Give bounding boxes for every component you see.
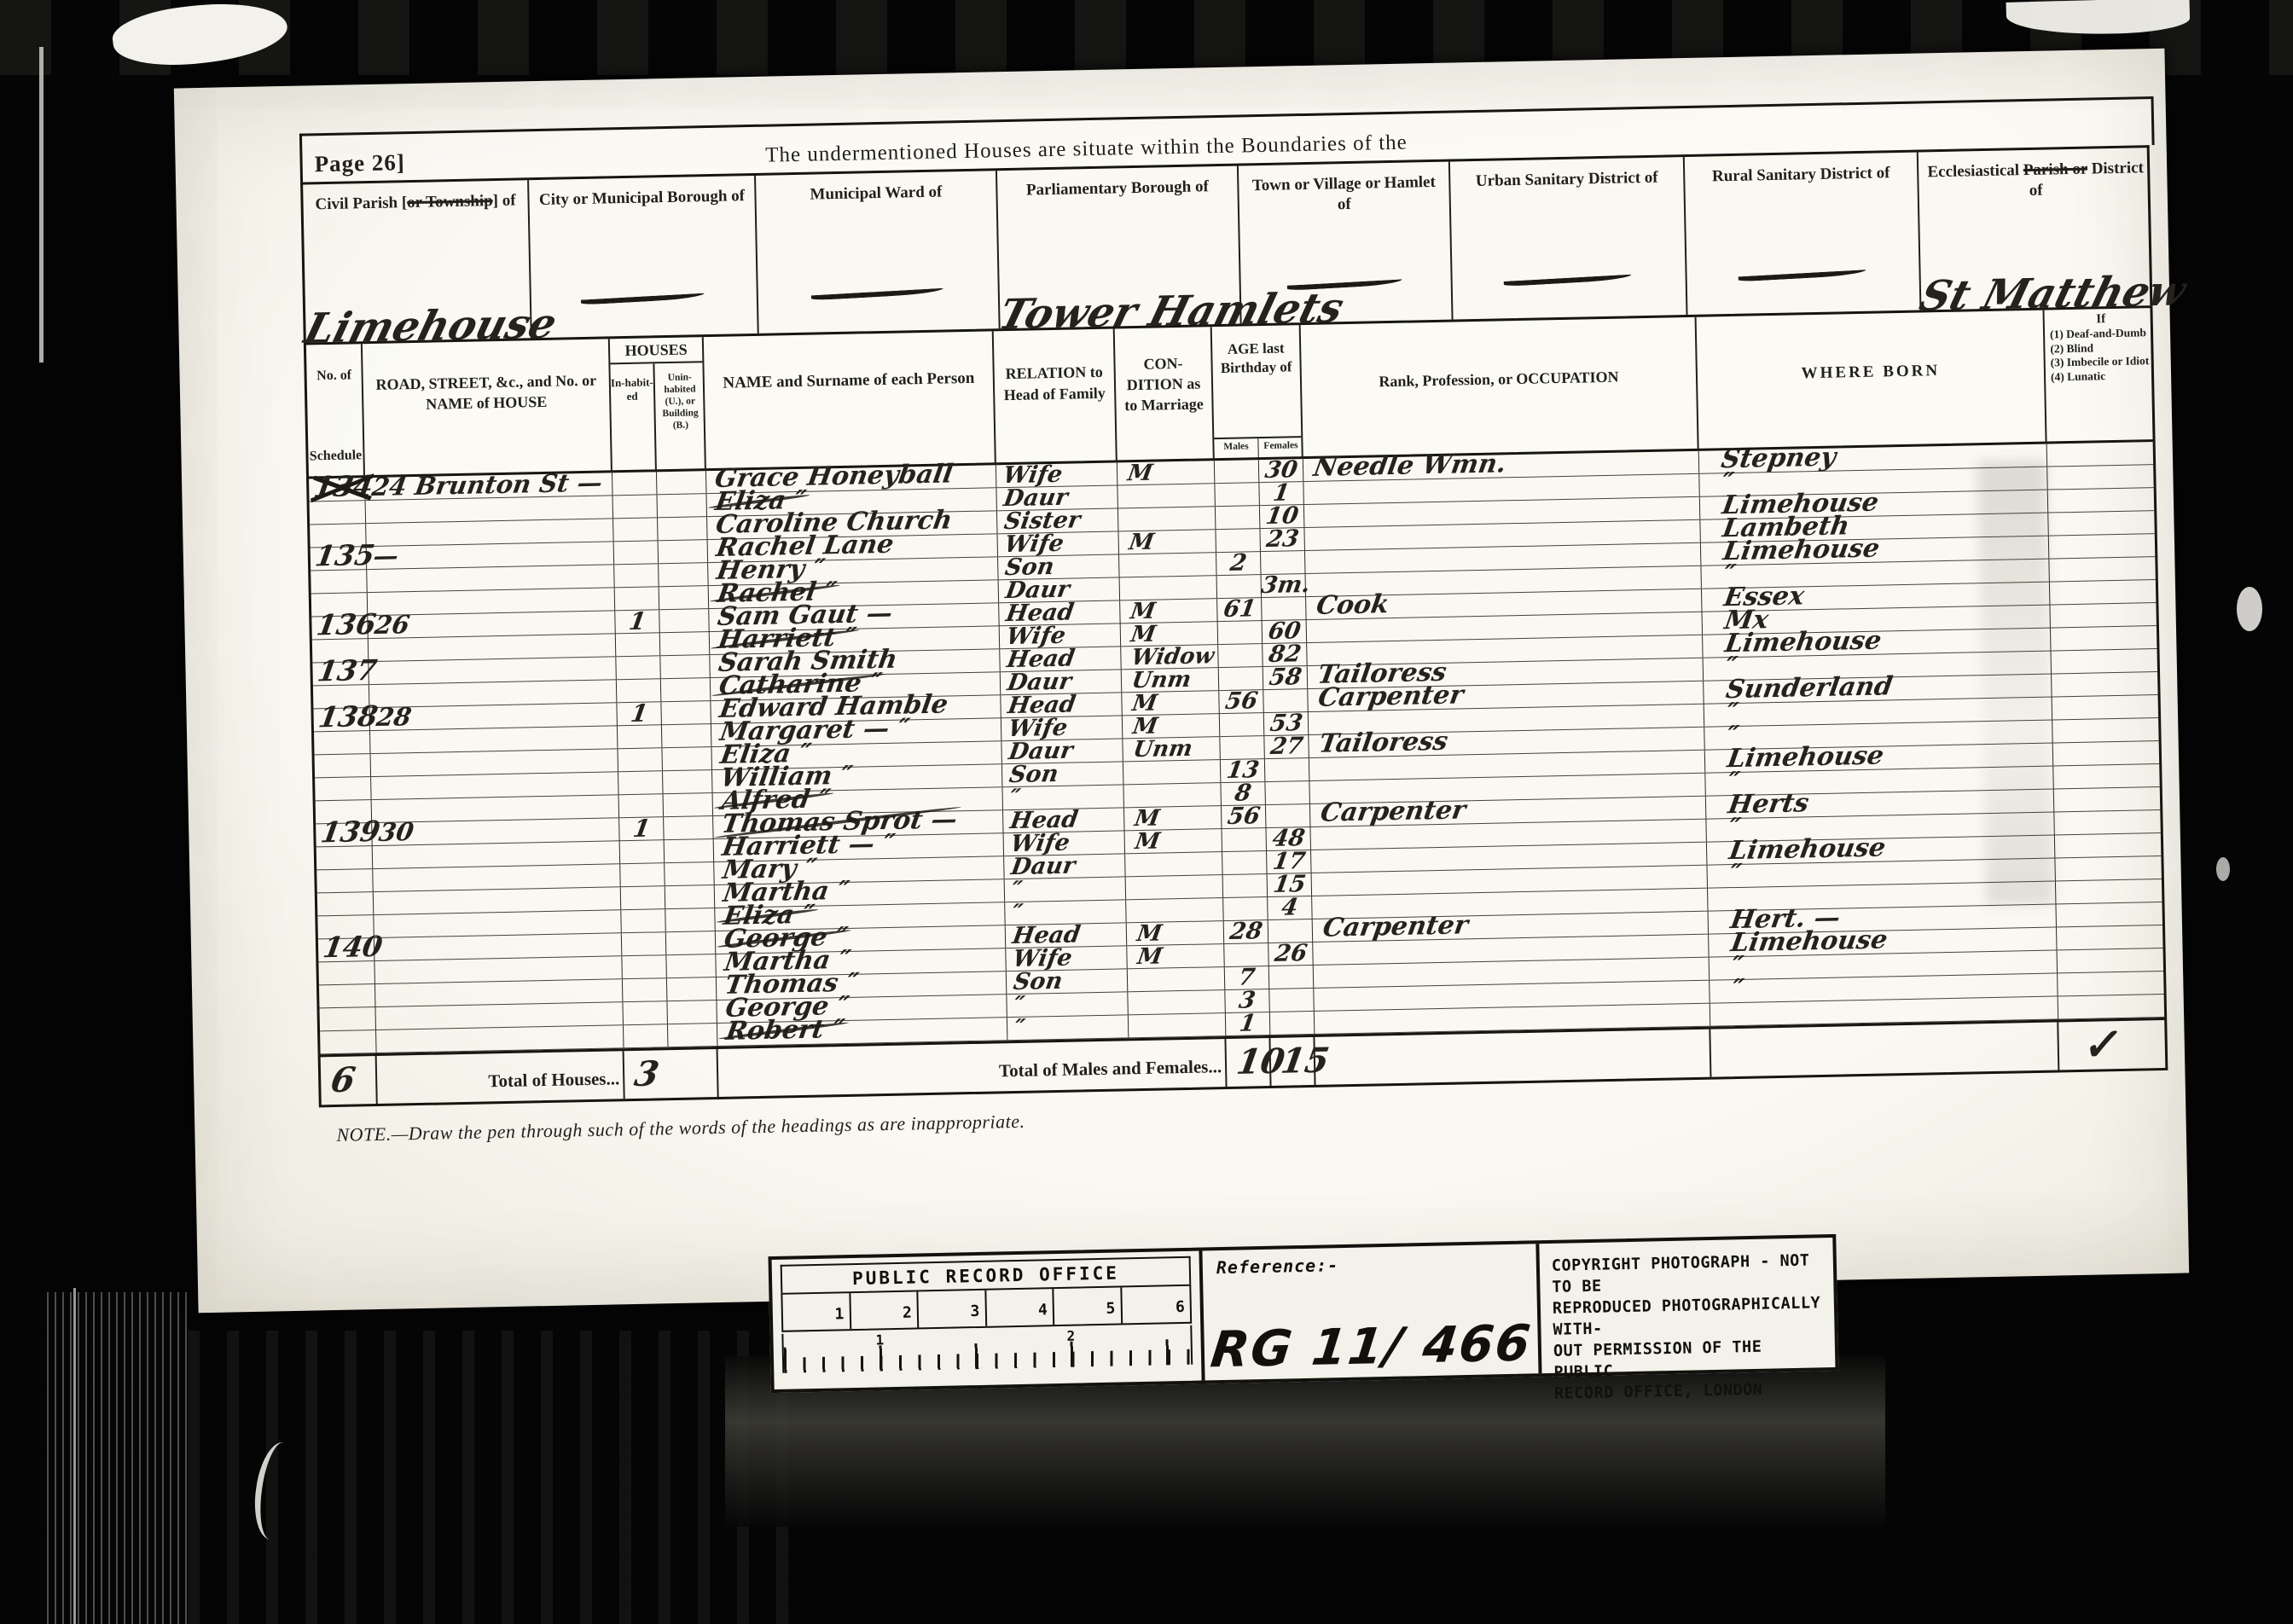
cell-condition bbox=[1126, 875, 1223, 899]
cell-uninhabited bbox=[659, 609, 710, 633]
header-inhabited: In-habit-ed bbox=[610, 363, 656, 471]
cell-inhabited bbox=[620, 863, 665, 886]
cell-age-male bbox=[1218, 644, 1263, 667]
cell-infirmity bbox=[2050, 603, 2158, 628]
scan-light-blob-right-small bbox=[2216, 857, 2230, 881]
district-header-cell: Parliamentary Borough of Tower Hamlets bbox=[997, 166, 1242, 329]
cell-age-female: 23 bbox=[1260, 528, 1305, 551]
cell-age-male bbox=[1223, 897, 1268, 920]
cell-schedule bbox=[310, 501, 367, 524]
cell-inhabited bbox=[622, 932, 667, 955]
scale-segment: 6 bbox=[1122, 1286, 1190, 1324]
handwritten-district-value bbox=[1453, 311, 1686, 316]
cell-infirmity bbox=[2054, 787, 2163, 813]
cell-schedule bbox=[317, 892, 374, 915]
cell-inhabited bbox=[616, 633, 661, 656]
pro-stamp: PUBLIC RECORD OFFICE 123456 1 2 Referenc… bbox=[768, 1234, 1838, 1393]
district-header-cell: Municipal Ward of bbox=[756, 171, 1001, 333]
cell-schedule bbox=[319, 984, 376, 1007]
reference-value: RG 11/ 466 bbox=[1208, 1314, 1535, 1378]
cell-condition: Unm bbox=[1122, 668, 1219, 692]
cell-age-female: 17 bbox=[1267, 850, 1312, 873]
cell-uninhabited bbox=[657, 471, 707, 494]
cell-age-male bbox=[1223, 874, 1268, 897]
cell-inhabited bbox=[613, 495, 659, 518]
handwritten-dash bbox=[811, 288, 943, 300]
header-uninhabited: Unin-habited (U.), or Building (B.) bbox=[654, 362, 705, 470]
cell-age-male: 8 bbox=[1221, 782, 1266, 805]
cell-infirmity bbox=[2052, 672, 2161, 698]
cell-relation: Wife bbox=[998, 531, 1119, 556]
total-males-cell: 10 bbox=[1226, 1038, 1271, 1087]
cell-age-female: 4 bbox=[1268, 896, 1313, 919]
cell-infirmity bbox=[2047, 442, 2156, 467]
cell-schedule bbox=[320, 1030, 377, 1053]
cell-condition bbox=[1125, 852, 1222, 876]
header-road: ROAD, STREET, &c., and No. or NAME of HO… bbox=[363, 339, 612, 477]
cell-schedule bbox=[316, 846, 374, 869]
cell-infirmity bbox=[2054, 810, 2162, 835]
cell-age-male bbox=[1222, 828, 1268, 851]
scale-segment: 3 bbox=[918, 1290, 986, 1328]
cell-inhabited bbox=[612, 472, 658, 495]
cell-schedule bbox=[320, 1007, 377, 1030]
cell-relation: Son bbox=[1007, 969, 1128, 994]
handwritten-district-value bbox=[532, 330, 758, 334]
cell-condition bbox=[1118, 507, 1216, 531]
cell-relation: Daur bbox=[1004, 854, 1125, 879]
cell-condition: M bbox=[1124, 806, 1222, 831]
cell-condition bbox=[1120, 576, 1217, 600]
cell-uninhabited bbox=[662, 747, 712, 770]
cell-condition bbox=[1126, 898, 1223, 922]
cell-uninhabited bbox=[665, 908, 716, 931]
header-occupation: Rank, Profession, or OCCUPATION bbox=[1301, 317, 1699, 458]
check-mark: ✓ bbox=[2081, 1021, 2125, 1070]
cell-uninhabited bbox=[659, 540, 709, 563]
cell-age-female: 1 bbox=[1259, 482, 1304, 505]
cell-schedule: 140 bbox=[318, 938, 375, 961]
cell-inhabited bbox=[613, 518, 659, 541]
cell-uninhabited bbox=[665, 885, 716, 908]
cell-inhabited bbox=[616, 656, 661, 679]
film-scratch-left bbox=[39, 47, 44, 362]
totals-born-cell bbox=[1710, 1022, 2059, 1076]
cell-infirmity bbox=[2049, 557, 2157, 582]
cell-age-female bbox=[1265, 781, 1310, 804]
cell-uninhabited bbox=[660, 632, 711, 655]
cell-uninhabited bbox=[665, 839, 715, 862]
cell-infirmity bbox=[2056, 879, 2164, 904]
total-houses-value: 3 bbox=[631, 1050, 663, 1099]
cell-age-female bbox=[1265, 758, 1310, 781]
reference-box: Reference:- RG 11/ 466 bbox=[1202, 1244, 1541, 1380]
cell-infirmity bbox=[2058, 948, 2166, 973]
cell-condition bbox=[1123, 760, 1221, 784]
cell-schedule: 138 bbox=[313, 708, 370, 732]
cell-age-male bbox=[1216, 529, 1261, 552]
total-houses-cell: 3 bbox=[624, 1049, 719, 1099]
cell-uninhabited bbox=[664, 793, 714, 816]
total-schedules-value: 6 bbox=[328, 1056, 359, 1105]
cell-schedule: 137 bbox=[312, 662, 369, 685]
cell-infirmity bbox=[2052, 695, 2161, 720]
cell-inhabited: 1 bbox=[619, 817, 665, 841]
cell-infirmity bbox=[2058, 971, 2166, 996]
total-houses-label: Total of Houses... bbox=[377, 1051, 625, 1104]
header-infirmity: If (1) Deaf-and-Dumb (2) Blind (3) Imbec… bbox=[2044, 308, 2157, 444]
cell-uninhabited bbox=[658, 517, 708, 540]
cell-uninhabited bbox=[666, 954, 717, 977]
handwritten-dash bbox=[581, 293, 705, 305]
cell-condition bbox=[1119, 553, 1216, 577]
cell-condition: M bbox=[1127, 921, 1224, 945]
handwritten-district-value bbox=[1687, 307, 1919, 311]
cell-age-female: 58 bbox=[1263, 666, 1309, 689]
copyright-line: COPYRIGHT PHOTOGRAPH - NOT TO BE bbox=[1552, 1250, 1829, 1298]
cell-age-female: 10 bbox=[1260, 505, 1305, 528]
cell-uninhabited bbox=[659, 586, 710, 609]
cell-infirmity bbox=[2052, 649, 2160, 674]
cell-age-male bbox=[1216, 506, 1261, 529]
cell-condition: M bbox=[1118, 530, 1216, 554]
cell-schedule bbox=[316, 869, 374, 892]
cell-condition: M bbox=[1122, 691, 1220, 716]
handwritten-dash bbox=[1738, 270, 1866, 281]
header-age-group: AGE last Birthday of Males Females bbox=[1212, 325, 1303, 460]
cell-schedule: 135 bbox=[311, 547, 368, 570]
cell-infirmity bbox=[2051, 626, 2159, 651]
cell-age-male bbox=[1220, 713, 1265, 736]
census-sheet: Page 26] The undermentioned Houses are s… bbox=[174, 49, 2189, 1314]
cell-condition: M bbox=[1123, 714, 1220, 738]
pro-ruler: 1 2 bbox=[781, 1325, 1193, 1373]
handwritten-district-value bbox=[759, 325, 999, 330]
cell-infirmity bbox=[2057, 925, 2165, 950]
header-relation: RELATION to Head of Family bbox=[994, 328, 1117, 464]
header-houses: HOUSES bbox=[610, 337, 703, 364]
header-age: AGE last Birthday of bbox=[1212, 325, 1302, 438]
cell-relation: Daur bbox=[1001, 739, 1123, 763]
cell-infirmity bbox=[2049, 534, 2157, 559]
handwritten-district-value: Tower Hamlets bbox=[997, 299, 1242, 325]
cell-condition: M bbox=[1121, 622, 1218, 646]
cell-age-female: 60 bbox=[1263, 620, 1308, 643]
cell-condition: Unm bbox=[1123, 737, 1220, 761]
cell-infirmity bbox=[2048, 511, 2157, 536]
cell-inhabited bbox=[623, 978, 668, 1001]
cell-age-male bbox=[1218, 621, 1263, 644]
cell-age-male: 3 bbox=[1225, 989, 1270, 1012]
cell-infirmity bbox=[2047, 465, 2156, 490]
cell-infirmity bbox=[2053, 741, 2162, 766]
cell-uninhabited bbox=[661, 701, 711, 725]
cell-condition bbox=[1128, 990, 1225, 1014]
cell-inhabited bbox=[618, 748, 663, 771]
cell-age-male: 61 bbox=[1217, 598, 1263, 622]
cell-uninhabited bbox=[662, 724, 712, 747]
census-rows: 134 24 Brunton St — Grace Honeyball Wife… bbox=[306, 442, 2167, 1054]
cell-schedule: 134 bbox=[309, 478, 366, 501]
cell-condition: M bbox=[1117, 461, 1215, 484]
cell-condition: Widow bbox=[1121, 645, 1218, 669]
cell-schedule bbox=[315, 754, 372, 777]
cell-schedule bbox=[315, 777, 372, 800]
reference-label: Reference:- bbox=[1216, 1250, 1536, 1278]
cell-infirmity bbox=[2053, 764, 2162, 789]
cell-inhabited bbox=[618, 725, 663, 748]
cell-age-male: 2 bbox=[1216, 552, 1262, 575]
cell-age-female: 26 bbox=[1268, 942, 1314, 966]
cell-age-female bbox=[1261, 551, 1306, 574]
cell-uninhabited bbox=[659, 563, 709, 586]
cell-condition bbox=[1123, 783, 1221, 807]
cell-age-female bbox=[1268, 919, 1314, 942]
total-females-cell: 15 bbox=[1270, 1037, 1315, 1086]
pro-scale-segments: 123456 bbox=[781, 1285, 1192, 1332]
cell-inhabited: 1 bbox=[615, 610, 660, 634]
scale-segment: 2 bbox=[850, 1291, 919, 1329]
header-schedule: No. of Schedule bbox=[306, 344, 365, 478]
cell-schedule bbox=[318, 961, 375, 984]
scan-light-blob-right bbox=[2237, 587, 2262, 631]
total-males-females-label: Total of Males and Females... bbox=[718, 1039, 1228, 1097]
cell-inhabited bbox=[621, 886, 666, 909]
census-scan-page: Page 26] The undermentioned Houses are s… bbox=[0, 0, 2293, 1624]
cell-condition bbox=[1128, 967, 1225, 991]
cell-uninhabited bbox=[667, 977, 717, 1000]
cell-age-male bbox=[1215, 460, 1260, 483]
cell-infirmity bbox=[2055, 833, 2163, 858]
cell-schedule: 136 bbox=[311, 616, 369, 640]
cell-age-female: 30 bbox=[1259, 459, 1304, 482]
cell-age-female bbox=[1269, 966, 1315, 989]
cell-age-female bbox=[1270, 1012, 1315, 1035]
cell-inhabited bbox=[614, 541, 659, 564]
cell-age-male: 7 bbox=[1225, 966, 1270, 989]
film-streaks-bottom-left bbox=[47, 1292, 188, 1624]
scale-segment: 1 bbox=[782, 1293, 850, 1331]
cell-age-male bbox=[1220, 736, 1265, 759]
cell-inhabited: 1 bbox=[617, 702, 662, 726]
cell-inhabited bbox=[620, 840, 665, 863]
handwritten-district-value bbox=[1242, 316, 1452, 321]
district-header-cell: Ecclesiastical Parish or District of St … bbox=[1919, 148, 2156, 310]
cell-schedule bbox=[314, 731, 371, 754]
cell-schedule bbox=[311, 570, 368, 593]
cell-relation: Wife bbox=[1006, 946, 1127, 971]
cell-age-male: 1 bbox=[1226, 1012, 1271, 1035]
cell-age-male: 28 bbox=[1224, 920, 1269, 943]
scale-segment: 4 bbox=[986, 1289, 1054, 1326]
cell-age-male bbox=[1217, 575, 1263, 598]
cell-inhabited bbox=[622, 955, 667, 978]
cell-uninhabited bbox=[658, 494, 708, 517]
cell-age-female: 53 bbox=[1264, 712, 1309, 735]
cell-inhabited bbox=[621, 909, 666, 932]
cell-infirmity bbox=[2056, 902, 2164, 927]
copyright-box: COPYRIGHT PHOTOGRAPH - NOT TO BEREPRODUC… bbox=[1539, 1238, 1835, 1373]
cell-uninhabited bbox=[666, 931, 717, 954]
cell-uninhabited bbox=[663, 770, 713, 793]
handwritten-district-value: St Matthew bbox=[1919, 281, 2157, 307]
cell-relation: Son bbox=[1002, 762, 1123, 786]
cell-age-female: 3m. bbox=[1262, 574, 1307, 597]
total-schedules-cell: 6 bbox=[321, 1056, 378, 1105]
cell-condition: M bbox=[1127, 944, 1224, 968]
header-name: NAME and Surname of each Person bbox=[704, 331, 996, 470]
pro-ruler-box: PUBLIC RECORD OFFICE 123456 1 2 bbox=[772, 1250, 1205, 1389]
cell-uninhabited bbox=[668, 1024, 718, 1047]
cell-infirmity bbox=[2058, 995, 2167, 1019]
header-houses-group: HOUSES In-habit-ed Unin-habited (U.), or… bbox=[610, 337, 706, 472]
cell-inhabited bbox=[614, 564, 659, 587]
cell-uninhabited bbox=[664, 816, 714, 840]
district-header-cell: Civil Parish [or Township] of Limehouse bbox=[303, 180, 532, 342]
copyright-line: OUT PERMISSION OF THE PUBLIC bbox=[1553, 1335, 1831, 1383]
district-header-cell: Urban Sanitary District of bbox=[1450, 157, 1688, 319]
district-header-cell: Town or Village or Hamlet of bbox=[1239, 162, 1454, 324]
cell-inhabited bbox=[624, 1024, 669, 1047]
cell-age-male bbox=[1222, 851, 1268, 874]
district-header-cell: City or Municipal Borough of bbox=[529, 176, 759, 338]
cell-relation: ″ bbox=[1005, 877, 1126, 902]
cell-infirmity bbox=[2055, 856, 2163, 881]
cell-infirmity bbox=[2050, 580, 2159, 606]
cell-infirmity bbox=[2048, 488, 2157, 513]
cell-inhabited bbox=[618, 771, 664, 794]
cell-infirmity bbox=[2052, 718, 2161, 743]
cell-age-male bbox=[1219, 667, 1264, 690]
handwritten-district-value: Limehouse bbox=[303, 314, 532, 339]
cell-age-female: 48 bbox=[1266, 827, 1311, 850]
cell-condition bbox=[1129, 1013, 1226, 1037]
cell-uninhabited bbox=[660, 655, 711, 678]
cell-age-male: 56 bbox=[1219, 690, 1264, 714]
header-condition: CON-DITION as to Marriage bbox=[1115, 327, 1215, 461]
copyright-line: REPRODUCED PHOTOGRAPHICALLY WITH- bbox=[1553, 1292, 1830, 1341]
cell-age-female: 82 bbox=[1263, 643, 1308, 666]
cell-condition bbox=[1117, 484, 1215, 507]
cell-uninhabited bbox=[661, 678, 711, 701]
handwritten-dash bbox=[1504, 275, 1632, 287]
header-where-born: WHERE BORN bbox=[1697, 310, 2047, 450]
cell-age-female bbox=[1269, 989, 1315, 1012]
cell-uninhabited bbox=[665, 862, 715, 885]
header-males: Males bbox=[1214, 438, 1258, 460]
cell-age-female: 15 bbox=[1268, 873, 1313, 896]
handwritten-dash bbox=[1287, 279, 1402, 290]
cell-relation: ″ bbox=[1007, 992, 1128, 1017]
totals-occupation-cell bbox=[1315, 1029, 1711, 1085]
cell-condition: M bbox=[1120, 599, 1218, 623]
cell-condition: M bbox=[1125, 829, 1222, 853]
cell-relation: ″ bbox=[1007, 1015, 1129, 1040]
cell-age-female: 27 bbox=[1264, 735, 1309, 758]
district-header-cell: Rural Sanitary District of bbox=[1685, 153, 1922, 315]
cell-age-male: 13 bbox=[1221, 759, 1266, 782]
cell-uninhabited bbox=[667, 1000, 717, 1024]
cell-age-male bbox=[1215, 483, 1260, 506]
cell-age-male: 56 bbox=[1222, 805, 1267, 829]
cell-schedule: 139 bbox=[316, 823, 373, 847]
totals-infirmity-cell: ✓ bbox=[2058, 1020, 2170, 1070]
cell-inhabited bbox=[623, 1001, 668, 1024]
scale-segment: 5 bbox=[1054, 1287, 1122, 1325]
cell-age-male bbox=[1224, 943, 1269, 966]
